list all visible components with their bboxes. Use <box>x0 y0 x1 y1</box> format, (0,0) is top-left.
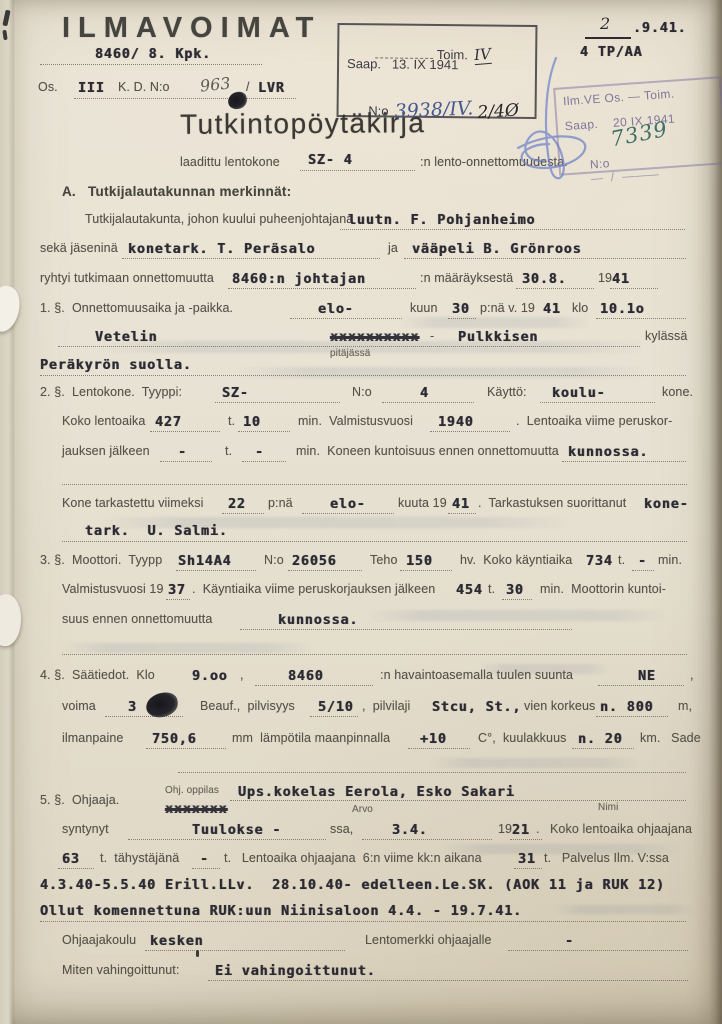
typed-value: - <box>565 933 574 949</box>
printed-label: Teho <box>370 553 398 567</box>
printed-label: . <box>536 822 540 836</box>
dotted-rule <box>178 772 686 773</box>
org-title: ILMAVOIMAT <box>62 12 321 45</box>
printed-label: p:nä <box>268 496 293 510</box>
printed-label: Os. <box>38 80 58 94</box>
printed-label: , <box>240 668 244 682</box>
typed-value: Ups.kokelas Eerola, Esko Sakari <box>238 784 515 800</box>
typed-value: 734 <box>586 553 613 569</box>
typed-value: tark. U. Salmi. <box>85 523 228 539</box>
printed-label: syntynyt <box>62 822 109 836</box>
stamp1-no-label: N:o <box>368 103 388 118</box>
typed-value: luutn. F. Pohjanheimo <box>348 212 535 228</box>
printed-label: Beauf., pilvisyys <box>200 699 295 713</box>
typed-value: - <box>638 553 647 569</box>
typed-value: - <box>255 444 264 460</box>
typed-value: Ollut komennettuna RUK:uun Niinisaloon 4… <box>40 903 522 919</box>
dotted-rule <box>290 318 402 319</box>
printed-label: 5. §. Ohjaaja. <box>40 793 119 807</box>
typed-value: 30 <box>506 582 524 598</box>
typed-value: 37 <box>168 582 186 598</box>
bleedthrough-smudge <box>400 317 590 328</box>
printed-label: ssa, <box>330 822 353 836</box>
dotted-rule <box>208 980 688 981</box>
typed-value: 31 <box>518 851 536 867</box>
typed-value: SZ- <box>222 385 249 401</box>
printed-label: 2. §. Lentokone. Tyyppi: <box>40 385 182 399</box>
printed-label: voima <box>62 699 96 713</box>
dotted-rule <box>400 570 452 571</box>
bleedthrough-smudge <box>430 758 640 768</box>
typed-value: 10.1o <box>600 301 645 317</box>
typed-value: 4.3.40-5.5.40 Erill.LLv. 28.10.40- edell… <box>40 877 665 893</box>
dotted-rule <box>215 402 340 403</box>
typed-value: Pulkkisen <box>458 329 538 345</box>
typed-value: 1940 <box>438 414 474 430</box>
printed-label: mm lämpötila maanpinnalla <box>232 731 390 745</box>
dotted-rule <box>238 431 290 432</box>
printed-label: kuuta 19 <box>398 496 447 510</box>
printed-label: Lentomerkki ohjaajalle <box>365 933 492 947</box>
typed-value: kunnossa. <box>278 612 358 628</box>
subtitle-pre: laadittu lentokone <box>180 155 280 169</box>
typed-value: 21 <box>512 822 530 838</box>
printed-label: 3. §. Moottori. Tyypp <box>40 553 162 567</box>
dotted-rule <box>310 716 358 717</box>
handwritten-value: 963 <box>199 73 231 95</box>
typed-value: elo- <box>330 496 366 512</box>
typed-value: 9.oo <box>192 668 228 684</box>
printed-label: ilmanpaine <box>62 731 123 745</box>
dotted-rule <box>58 868 94 869</box>
struck-text: xxxxxxxxxx <box>330 329 419 345</box>
dotted-rule <box>105 716 183 717</box>
typed-value: 41 <box>543 301 561 317</box>
printed-label: Koko lentoaika ohjaajana <box>550 822 692 836</box>
printed-label: sekä jäseninä <box>40 241 118 255</box>
printed-label: C°, kuulakkuus <box>478 731 566 745</box>
dotted-rule <box>62 654 687 655</box>
dotted-rule <box>448 513 476 514</box>
dotted-rule <box>632 570 654 571</box>
section-a-heading: Tutkijalautakunnan merkinnät: <box>88 184 291 199</box>
typed-value: koulu- <box>552 385 606 401</box>
dotted-rule <box>40 375 686 376</box>
printed-label: :n havaintoasemalla tuulen suunta <box>380 668 573 682</box>
dotted-rule <box>408 748 470 749</box>
date-day-handwritten: 2 <box>600 14 610 33</box>
dotted-rule <box>572 748 634 749</box>
typed-value: Peräkyrön suolla. <box>40 357 192 373</box>
dotted-rule <box>62 484 687 485</box>
stamp1-no-handwritten-blue: 3938/IV. <box>394 97 474 122</box>
dotted-rule <box>62 541 687 542</box>
dotted-rule <box>598 685 684 686</box>
bleedthrough-smudge <box>555 905 695 914</box>
printed-label: / <box>246 80 250 94</box>
typed-value: 454 <box>456 582 483 598</box>
typed-value: 63 <box>62 851 80 867</box>
typed-value: vääpeli B. Grönroos <box>412 241 582 257</box>
typed-value: Stcu, St., <box>432 699 521 715</box>
dotted-rule <box>404 258 686 259</box>
typed-value: Tuulokse - <box>192 822 281 838</box>
section-a-number: A. <box>62 184 76 199</box>
printed-label: t. <box>228 414 235 428</box>
typed-value: n. 800 <box>600 699 654 715</box>
printed-label: m, <box>678 699 692 713</box>
dotted-rule <box>596 318 686 319</box>
dotted-rule <box>40 64 262 65</box>
dotted-rule <box>516 288 594 289</box>
typed-value: kunnossa. <box>568 444 648 460</box>
printed-label: . Käyntiaika viime peruskorjauksen jälke… <box>192 582 435 596</box>
typed-value: 41 <box>612 271 630 287</box>
printed-label: Tutkijalautakunta, johon kuului puheenjo… <box>85 212 353 226</box>
printed-label: , <box>690 668 694 682</box>
printed-label: t. <box>618 553 625 567</box>
dotted-rule <box>228 288 416 289</box>
printed-label: N:o <box>352 385 372 399</box>
typed-value: kone- <box>644 496 689 512</box>
printed-label: min. Moottorin kuntoi- <box>540 582 666 596</box>
printed-small-label: Nimi <box>598 802 618 813</box>
printed-label: ja <box>388 241 398 255</box>
dotted-rule <box>448 318 476 319</box>
dotted-rule <box>230 800 686 801</box>
dotted-rule <box>242 461 286 462</box>
dotted-rule <box>302 513 394 514</box>
printed-label: 19 <box>598 271 612 285</box>
typed-value: 150 <box>406 553 433 569</box>
aircraft-id: SZ- 4 <box>308 152 353 168</box>
printed-label: . Tarkastuksen suorittanut <box>478 496 626 510</box>
printed-label: K. D. N:o <box>118 80 170 94</box>
printed-label: ryhtyi tutkimaan onnettomuutta <box>40 271 214 285</box>
printed-label: kuun <box>410 301 438 315</box>
dotted-rule <box>40 921 686 922</box>
printed-label: Miten vahingoittunut: <box>62 963 179 977</box>
unit-number: 8460/ 8. Kpk. <box>95 46 211 62</box>
typed-value: 3.4. <box>392 822 428 838</box>
typed-value: Vetelin <box>95 329 158 345</box>
typed-value: 427 <box>155 414 182 430</box>
typed-value: 10 <box>243 414 261 430</box>
printed-label: - <box>430 329 434 343</box>
dotted-rule <box>540 402 655 403</box>
typed-value: 8460:n johtajan <box>232 271 366 287</box>
typed-value: n. 20 <box>578 731 623 747</box>
printed-label: Valmistusvuosi 19 <box>62 582 164 596</box>
ink-speck <box>196 950 199 957</box>
printed-label: Koko lentoaika <box>62 414 145 428</box>
printed-label: t. <box>488 582 495 596</box>
typed-value: III <box>78 80 105 96</box>
typed-value: +10 <box>420 731 447 747</box>
dotted-rule <box>160 461 212 462</box>
bleedthrough-smudge <box>235 367 650 378</box>
printed-label: p:nä v. 19 <box>480 301 535 315</box>
printed-small-label: Arvo <box>352 804 373 815</box>
printed-label: jauksen jälkeen <box>62 444 150 458</box>
printed-label: Kone tarkastettu viimeksi <box>62 496 203 510</box>
dotted-rule <box>122 258 380 259</box>
printed-label: vien korkeus <box>524 699 595 713</box>
dotted-rule <box>502 599 532 600</box>
typed-value: 5/10 <box>318 699 354 715</box>
dotted-rule <box>510 839 542 840</box>
dotted-rule <box>300 170 415 171</box>
printed-label: 4. §. Säätiedot. Klo <box>40 668 155 682</box>
dotted-rule <box>192 868 220 869</box>
typed-value: Ei vahingoittunut. <box>215 963 376 979</box>
dotted-rule <box>610 288 658 289</box>
dotted-rule <box>340 229 685 230</box>
typed-value: kesken <box>150 933 204 949</box>
printed-label: min. Koneen kuntoisuus ennen onnettomuut… <box>296 444 559 458</box>
dotted-rule <box>58 346 640 347</box>
printed-label: kone. <box>662 385 693 399</box>
typed-value: elo- <box>318 301 354 317</box>
dotted-rule <box>362 839 492 840</box>
dotted-rule <box>166 599 190 600</box>
printed-label: 1. §. Onnettomuusaika ja -paikka. <box>40 301 233 315</box>
typed-value: 30 <box>452 301 470 317</box>
typed-value: 30.8. <box>522 271 567 287</box>
date-underline <box>585 37 631 39</box>
dotted-rule <box>176 570 256 571</box>
printed-label: Ohjaajakoulu <box>62 933 136 947</box>
scanned-document-page: ILMAVOIMAT 8460/ 8. Kpk. 2 .9.41. 4 TP/A… <box>0 0 722 1024</box>
torn-paper-bottom <box>0 592 24 647</box>
dotted-rule <box>562 461 686 462</box>
dotted-rule <box>128 839 326 840</box>
typed-value: - <box>178 444 187 460</box>
dotted-rule <box>382 402 474 403</box>
dotted-rule <box>150 431 220 432</box>
struck-text: xxxxxxx <box>165 801 228 817</box>
printed-label: t. Lentoaika ohjaajana 6:n viime kk:n ai… <box>224 851 482 865</box>
printed-label: t. Palvelus Ilm. V:ssa <box>544 851 669 865</box>
typed-value: 41 <box>452 496 470 512</box>
printed-label: km. Sade <box>640 731 701 745</box>
page-left-edge <box>0 0 15 1024</box>
typed-value: NE <box>638 668 656 684</box>
dotted-rule <box>145 950 345 951</box>
printed-label: Käyttö: <box>487 385 527 399</box>
stamp1-received-date: Saap. 13. IX 1941 <box>347 56 458 72</box>
dotted-rule <box>430 431 510 432</box>
dotted-rule <box>288 570 362 571</box>
dotted-rule <box>596 716 668 717</box>
printed-label: N:o <box>264 553 284 567</box>
bleedthrough-smudge <box>62 643 312 653</box>
dotted-rule <box>222 513 264 514</box>
printed-label: :n määräyksestä <box>420 271 513 285</box>
typed-value: Sh14A4 <box>178 553 232 569</box>
printed-label: min. Valmistusvuosi <box>298 414 413 428</box>
printed-label: 19 <box>498 822 512 836</box>
signature-scribble <box>500 52 632 194</box>
stamp1-toim-handwritten: IV <box>473 45 491 65</box>
dotted-rule <box>240 629 572 630</box>
printed-small-label: Ohj. oppilas <box>165 785 219 796</box>
printed-label: suus ennen onnettomuutta <box>62 612 212 626</box>
typed-value: - <box>200 851 209 867</box>
printed-label: . Lentoaika viime peruskor- <box>516 414 672 428</box>
printed-label: , pilvilaji <box>362 699 410 713</box>
printed-label: min. <box>658 553 682 567</box>
printed-small-label: pitäjässä <box>330 348 370 359</box>
printed-label: t. tähystäjänä <box>100 851 179 865</box>
printed-label: klo <box>572 301 588 315</box>
typed-value: LVR <box>258 80 285 96</box>
typed-value: 4 <box>420 385 429 401</box>
typed-value: konetark. T. Peräsalo <box>128 241 315 257</box>
dotted-rule <box>74 98 296 99</box>
printed-label: kylässä <box>645 329 687 343</box>
printed-label: t. <box>225 444 232 458</box>
typed-value: 8460 <box>288 668 324 684</box>
dotted-rule <box>146 748 226 749</box>
typed-value: 3 <box>128 699 137 715</box>
typed-value: 22 <box>228 496 246 512</box>
bleedthrough-smudge <box>368 610 668 621</box>
dotted-rule <box>508 950 688 951</box>
date-typed: .9.41. <box>633 20 687 36</box>
dotted-rule <box>255 685 373 686</box>
typed-value: 750,6 <box>152 731 197 747</box>
printed-label: hv. Koko käyntiaika <box>460 553 572 567</box>
dotted-rule <box>514 868 542 869</box>
typed-value: 26056 <box>292 553 337 569</box>
